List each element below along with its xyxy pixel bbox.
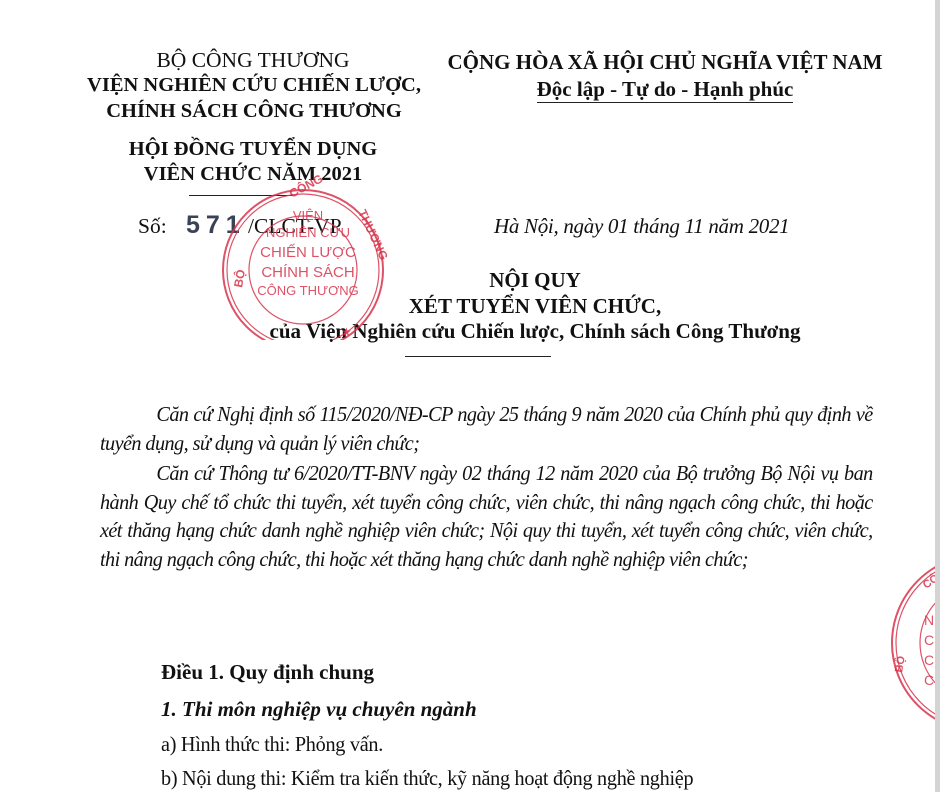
list-item: a) Hình thức thi: Phỏng vấn. xyxy=(161,732,383,757)
institute-name-line1: VIỆN NGHIÊN CỨU CHIẾN LƯỢC, xyxy=(64,72,444,98)
council-name-line1: HỘI ĐỒNG TUYỂN DỤNG xyxy=(88,137,418,162)
document-number-label: Số: xyxy=(138,214,167,239)
preamble-paragraph: Căn cứ Nghị định số 115/2020/NĐ-CP ngày … xyxy=(100,400,873,457)
stamp-center-line: CÔNG THƯƠNG xyxy=(257,283,358,298)
stamp-center-line: NGHIÊN CỨU xyxy=(266,225,350,240)
preamble-paragraph: Căn cứ Thông tư 6/2020/TT-BNV ngày 02 th… xyxy=(100,459,873,573)
partial-stamp-letter: C xyxy=(924,652,934,668)
ministry-name: BỘ CÔNG THƯƠNG xyxy=(88,48,418,72)
title-divider xyxy=(405,356,551,357)
nation-name: CỘNG HÒA XÃ HỘI CHỦ NGHĨA VIỆT NAM xyxy=(440,50,890,75)
partial-stamp-letter: N xyxy=(924,612,934,628)
partial-seal-stamp: CÔ BỘ N C C C xyxy=(880,555,936,735)
stamp-center-line: CHIẾN LƯỢC xyxy=(260,244,356,261)
stamp-star-icon: ★ xyxy=(341,325,352,339)
stamp-left-text: BỘ xyxy=(230,268,248,288)
partial-stamp-letter: C xyxy=(924,672,934,688)
institute-name-line2: CHÍNH SÁCH CÔNG THƯƠNG xyxy=(64,98,444,124)
partial-stamp-left-text: BỘ xyxy=(892,655,908,674)
official-seal-stamp: CÔNG THƯƠNG BỘ VIỆN NGHIÊN CỨU CHIẾN LƯỢ… xyxy=(208,170,398,340)
place-date: Hà Nội, ngày 01 tháng 11 năm 2021 xyxy=(494,214,789,239)
article-heading: Điều 1. Quy định chung xyxy=(161,660,374,685)
section-heading: 1. Thi môn nghiệp vụ chuyên ngành xyxy=(161,697,477,722)
stamp-right-text: THƯƠNG xyxy=(355,207,391,262)
list-item: b) Nội dung thi: Kiểm tra kiến thức, kỹ … xyxy=(161,766,871,791)
partial-stamp-top-text: CÔ xyxy=(920,571,936,591)
partial-stamp-letter: C xyxy=(924,632,934,648)
page-edge-scrollbar xyxy=(935,0,940,792)
institute-name: VIỆN NGHIÊN CỨU CHIẾN LƯỢC, CHÍNH SÁCH C… xyxy=(64,72,444,124)
document-page: BỘ CÔNG THƯƠNG VIỆN NGHIÊN CỨU CHIẾN LƯỢ… xyxy=(0,0,936,792)
stamp-center-line: VIỆN xyxy=(293,208,323,223)
stamp-center-line: CHÍNH SÁCH xyxy=(261,264,354,281)
national-motto: Độc lập - Tự do - Hạnh phúc xyxy=(500,77,830,102)
